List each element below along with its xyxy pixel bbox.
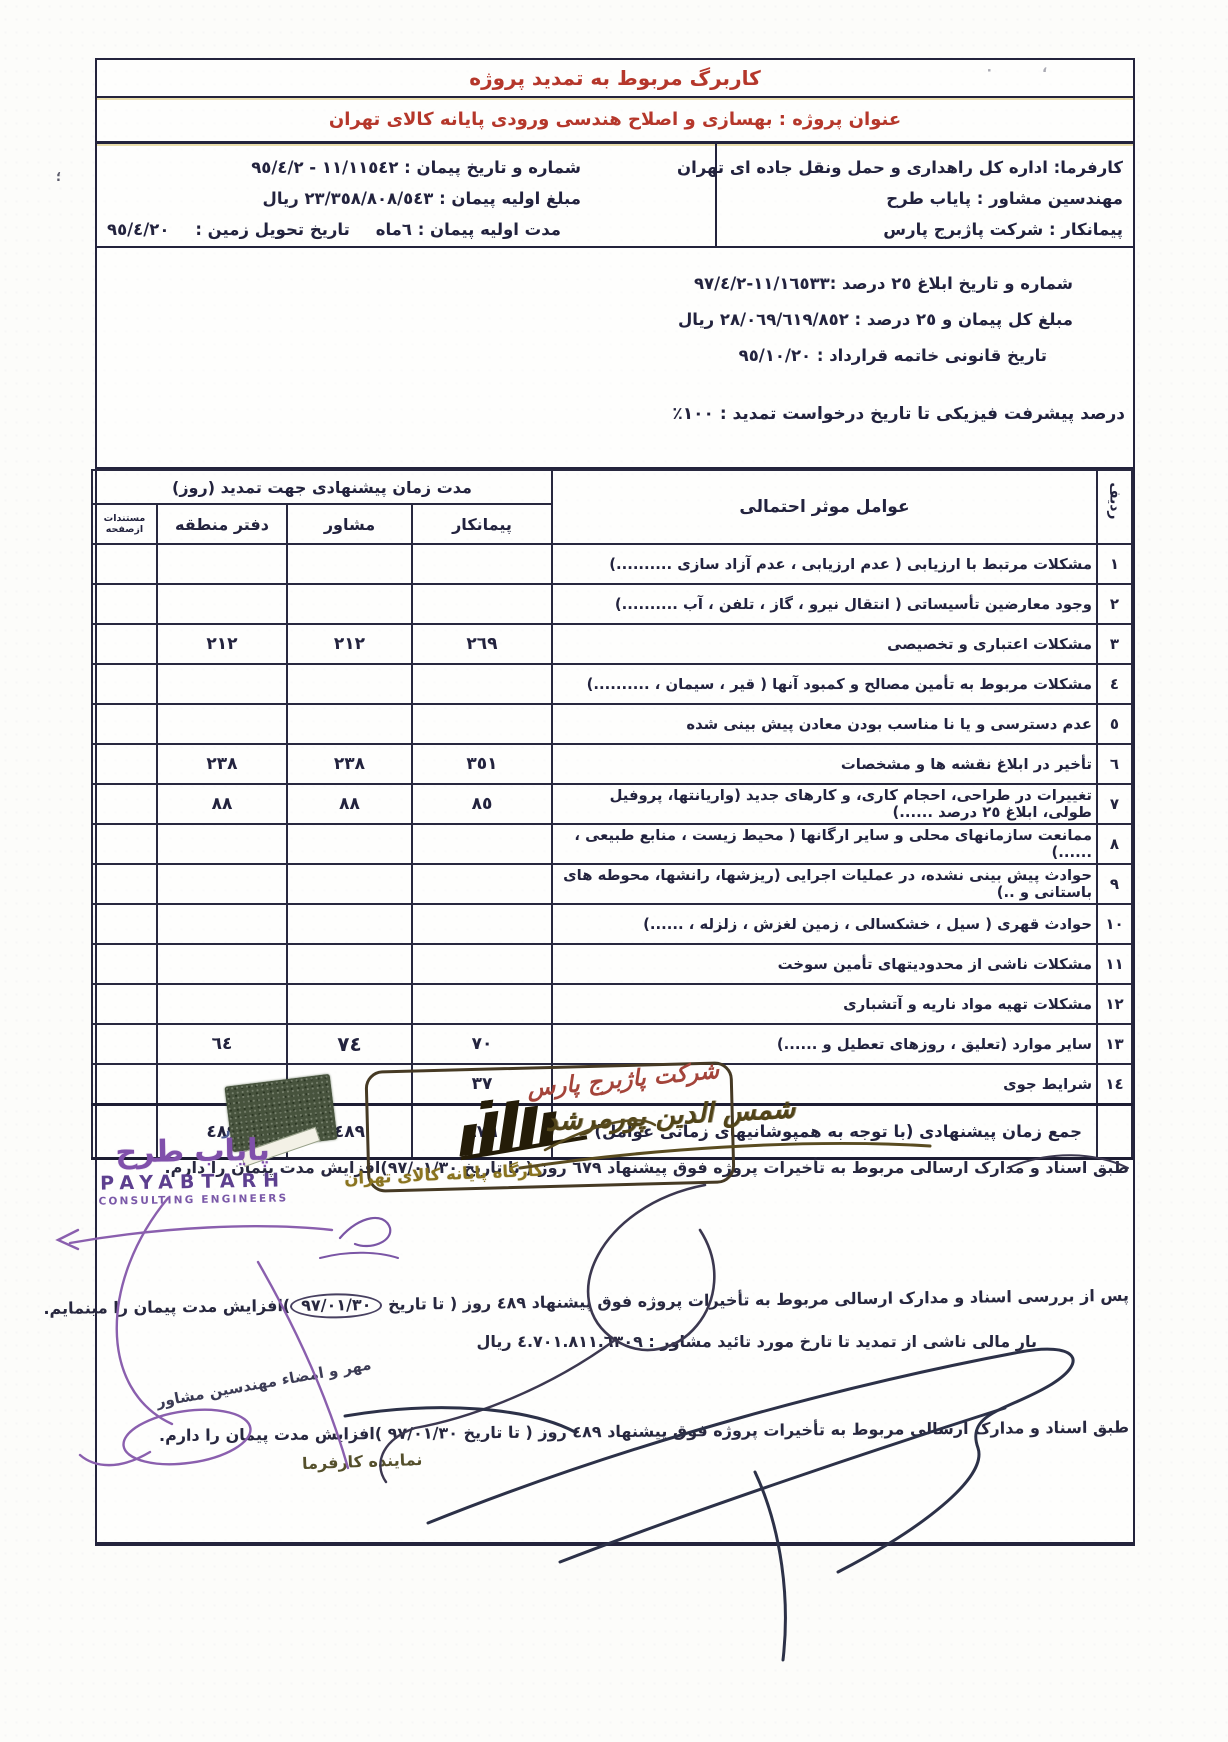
row-office-days: [157, 944, 287, 984]
extension-worksheet-form: کاربرگ مربوط به تمدید پروژه عنوان پروژه …: [95, 58, 1135, 1546]
table-row: ١٠حوادث قهری ( سیل ، خشکسالی ، زمین لغزش…: [92, 904, 1132, 944]
row-office-days: [157, 664, 287, 704]
contract-details-block: شماره و تاریخ پیمان : ١١/١١٥٤٢ - ٩٥/٤/٢ …: [97, 144, 715, 246]
row-office-days: ٢١٢: [157, 624, 287, 664]
row-no: ١٤: [1097, 1064, 1132, 1105]
row-docs: [92, 864, 157, 904]
row-factor: سایر موارد (تعلیق ، روزهای تعطیل و .....…: [552, 1024, 1097, 1064]
row-contractor-days: ٢٦٩: [412, 624, 552, 664]
row-no: ١٣: [1097, 1024, 1132, 1064]
row-factor: تأخیر در ابلاغ نقشه ها و مشخصات: [552, 744, 1097, 784]
row-consultant-days: ٨٨: [287, 784, 412, 824]
row-factor: عدم دسترسی و یا نا مناسب بودن معادن پیش …: [552, 704, 1097, 744]
row-consultant-days: [287, 544, 412, 584]
row-contractor-days: ٨٥: [412, 784, 552, 824]
scan-mark-artifact: ؛: [56, 170, 61, 185]
header-factors: عوامل موثر احتمالی: [552, 470, 1097, 544]
row-contractor-days: [412, 704, 552, 744]
row-no: ١٢: [1097, 984, 1132, 1024]
consultant-seal-label: مهر و امضاء مهندسین مشاور: [155, 1355, 373, 1411]
employer-statement: طبق اسناد و مدارک ارسالی مربوط به تأخیرا…: [101, 1418, 1129, 1446]
table-row: ٧تغییرات در طراحی، احجام کاری، و کارهای …: [92, 784, 1132, 824]
initial-duration: مدت اولیه پیمان : ٦ماه: [376, 214, 561, 245]
row-factor: مشکلات مرتبط با ارزیابی ( عدم ارزیابی ، …: [552, 544, 1097, 584]
row-no: ٩: [1097, 864, 1132, 904]
payabtarh-latin-logo: PAYABTARH: [98, 1169, 288, 1194]
row-office-days: [157, 544, 287, 584]
factors-table: ردیف عوامل موثر احتمالی مدت زمان پیشنهاد…: [91, 469, 1133, 1160]
row-factor: ممانعت سازمانهای محلی و سایر ارگانها ( م…: [552, 824, 1097, 864]
row-factor: مشکلات مربوط به تأمین مصالح و کمبود آنها…: [552, 664, 1097, 704]
row-contractor-days: [412, 584, 552, 624]
form-title-row: کاربرگ مربوط به تمدید پروژه: [97, 60, 1133, 98]
row-factor: مشکلات تهیه مواد ناریه و آتشباری: [552, 984, 1097, 1024]
land-delivery-date: ٩٥/٤/٢٠: [107, 214, 169, 245]
row-consultant-days: ٧٤: [287, 1024, 412, 1064]
row-no: ١٠: [1097, 904, 1132, 944]
form-title: کاربرگ مربوط به تمدید پروژه: [469, 66, 760, 90]
employer-line: کارفرما: اداره کل راهداری و حمل ونقل جاد…: [721, 152, 1123, 183]
row-no: ٧: [1097, 784, 1132, 824]
row-consultant-days: ٢١٢: [287, 624, 412, 664]
row-no: ٤: [1097, 664, 1132, 704]
row-office-days: [157, 824, 287, 864]
row-no: ٦: [1097, 744, 1132, 784]
notice-block: شماره و تاریخ ابلاغ ٢٥ درصد :١١/١٦٥٣٣-٩٧…: [97, 248, 1133, 469]
row-no: ١: [1097, 544, 1132, 584]
row-no: ١١: [1097, 944, 1132, 984]
row-contractor-days: [412, 944, 552, 984]
row-no: ٨: [1097, 824, 1132, 864]
row-factor: مشکلات ناشی از محدودیتهای تأمین سوخت: [552, 944, 1097, 984]
project-title-row: عنوان پروژه : بهسازی و اصلاح هندسی ورودی…: [97, 98, 1133, 144]
row-contractor-days: [412, 544, 552, 584]
row-consultant-days: [287, 904, 412, 944]
row-no: ٢: [1097, 584, 1132, 624]
contract-duration-line: مدت اولیه پیمان : ٦ماه تاریخ تحویل زمین …: [107, 214, 701, 245]
row-office-days: [157, 864, 287, 904]
row-office-days: ٢٣٨: [157, 744, 287, 784]
row-contractor-days: ٣٥١: [412, 744, 552, 784]
employer-rep-label: نماینده کارفرما: [302, 1450, 423, 1473]
row-factor: وجود معارضین تأسیساتی ( انتقال نیرو ، گا…: [552, 584, 1097, 624]
row-contractor-days: [412, 664, 552, 704]
row-docs: [92, 704, 157, 744]
row-consultant-days: ٢٣٨: [287, 744, 412, 784]
table-row: ٢وجود معارضین تأسیساتی ( انتقال نیرو ، گ…: [92, 584, 1132, 624]
row-factor: تغییرات در طراحی، احجام کاری، و کارهای ج…: [552, 784, 1097, 824]
contractor-stamp-site: کارگاه پایانه کالای تهران: [344, 1160, 544, 1188]
table-row: ٣مشکلات اعتباری و تخصیصی٢٦٩٢١٢٢١٢: [92, 624, 1132, 664]
table-row: ١١مشکلات ناشی از محدودیتهای تأمین سوخت: [92, 944, 1132, 984]
consultant-statement: پس از بررسی اسناد و مدارک ارسالی مربوط ب…: [101, 1284, 1129, 1322]
row-no: ٥: [1097, 704, 1132, 744]
total-amount-line: مبلغ کل پیمان و ٢٥ درصد : ٢٨/٠٦٩/٦١٩/٨٥٢…: [97, 302, 1073, 338]
row-contractor-days: [412, 984, 552, 1024]
row-consultant-days: [287, 864, 412, 904]
parties-block: کارفرما: اداره کل راهداری و حمل ونقل جاد…: [715, 144, 1133, 246]
row-office-days: ٦٤: [157, 1024, 287, 1064]
contract-number-date: شماره و تاریخ پیمان : ١١/١١٥٤٢ - ٩٥/٤/٢: [107, 152, 701, 183]
row-contractor-days: [412, 864, 552, 904]
row-docs: [92, 984, 157, 1024]
row-office-days: [157, 904, 287, 944]
factors-table-section: ردیف عوامل موثر احتمالی مدت زمان پیشنهاد…: [97, 469, 1133, 1122]
row-contractor-days: [412, 824, 552, 864]
table-row: ٦تأخیر در ابلاغ نقشه ها و مشخصات٣٥١٢٣٨٢٣…: [92, 744, 1132, 784]
row-docs: [92, 624, 157, 664]
table-row: ٨ممانعت سازمانهای محلی و سایر ارگانها ( …: [92, 824, 1132, 864]
row-factor: حوادث قهری ( سیل ، خشکسالی ، زمین لغزش ،…: [552, 904, 1097, 944]
circled-date: ٩٧/٠١/٣٠: [290, 1293, 383, 1319]
row-office-days: [157, 584, 287, 624]
header-office-col: دفتر منطقه: [157, 504, 287, 544]
legal-end-line: تاریخ قانونی خاتمه قرارداد : ٩٥/١٠/٢٠: [97, 338, 1073, 374]
row-consultant-days: [287, 584, 412, 624]
financial-burden-line: بار مالی ناشی از تمدید تا تارخ مورد تائی…: [101, 1332, 1129, 1351]
row-docs: [92, 744, 157, 784]
header-consultant-col: مشاور: [287, 504, 412, 544]
row-office-days: ٨٨: [157, 784, 287, 824]
row-no: ٣: [1097, 624, 1132, 664]
row-office-days: [157, 704, 287, 744]
progress-line: درصد پیشرفت فیزیکی تا تاریخ درخواست تمدی…: [97, 396, 1125, 432]
row-factor: مشکلات اعتباری و تخصیصی: [552, 624, 1097, 664]
header-duration-group: مدت زمان پیشنهادی جهت تمدید (روز): [92, 470, 552, 504]
land-delivery-label: تاریخ تحویل زمین :: [195, 214, 349, 245]
header-docs-col: مستندات ازصفحه: [92, 504, 157, 544]
row-office-days: [157, 984, 287, 1024]
row-factor: حوادث پیش بینی نشده، در عملیات اجرایی (ر…: [552, 864, 1097, 904]
row-consultant-days: [287, 944, 412, 984]
consultant-statement-text: پس از بررسی اسناد و مدارک ارسالی مربوط ب…: [382, 1286, 1129, 1314]
table-row: ٤مشکلات مربوط به تأمین مصالح و کمبود آنه…: [92, 664, 1132, 704]
row-consultant-days: [287, 824, 412, 864]
consultant-line: مهندسین مشاور : پایاب طرح: [721, 183, 1123, 214]
table-row: ٥عدم دسترسی و یا نا مناسب بودن معادن پیش…: [92, 704, 1132, 744]
row-contractor-days: ٧٠: [412, 1024, 552, 1064]
consultant-statement-tail: )افزایش مدت پیمان را مینمایم.: [43, 1296, 290, 1318]
payabtarh-farsi-logo: پایاب طرح: [97, 1132, 287, 1170]
notice-25-line: شماره و تاریخ ابلاغ ٢٥ درصد :١١/١٦٥٣٣-٩٧…: [97, 266, 1073, 302]
row-docs: [92, 944, 157, 984]
row-contractor-days: [412, 904, 552, 944]
row-docs: [92, 824, 157, 864]
row-docs: [92, 544, 157, 584]
table-row: ١٣سایر موارد (تعلیق ، روزهای تعطیل و ...…: [92, 1024, 1132, 1064]
row-docs: [92, 784, 157, 824]
row-docs: [92, 584, 157, 624]
payabtarh-consultant-stamp: پایاب طرح PAYABTARH CONSULTING ENGINEERS: [97, 1132, 288, 1207]
contract-info-row: کارفرما: اداره کل راهداری و حمل ونقل جاد…: [97, 144, 1133, 248]
row-docs: [92, 664, 157, 704]
row-docs: [92, 1064, 157, 1105]
row-docs: [92, 904, 157, 944]
table-row: ١٢مشکلات تهیه مواد ناریه و آتشباری: [92, 984, 1132, 1024]
table-row: ١مشکلات مرتبط با ارزیابی ( عدم ارزیابی ،…: [92, 544, 1132, 584]
row-consultant-days: [287, 704, 412, 744]
table-row: ٩حوادث پیش بینی نشده، در عملیات اجرایی (…: [92, 864, 1132, 904]
row-consultant-days: [287, 664, 412, 704]
project-title: عنوان پروژه : بهسازی و اصلاح هندسی ورودی…: [329, 109, 901, 130]
header-row-number: ردیف: [1097, 470, 1132, 544]
scanned-document-page: ٠ ، ؛ کاربرگ مربوط به تمدید پروژه عنوان …: [0, 0, 1228, 1742]
row-consultant-days: [287, 984, 412, 1024]
header-contractor-col: پیمانکار: [412, 504, 552, 544]
contract-initial-amount: مبلغ اولیه پیمان : ٢٣/٣٥٨/٨٠٨/٥٤٣ ریال: [107, 183, 701, 214]
contractor-line: پیمانکار : شرکت پاژبرج پارس: [721, 214, 1123, 245]
row-docs: [92, 1024, 157, 1064]
